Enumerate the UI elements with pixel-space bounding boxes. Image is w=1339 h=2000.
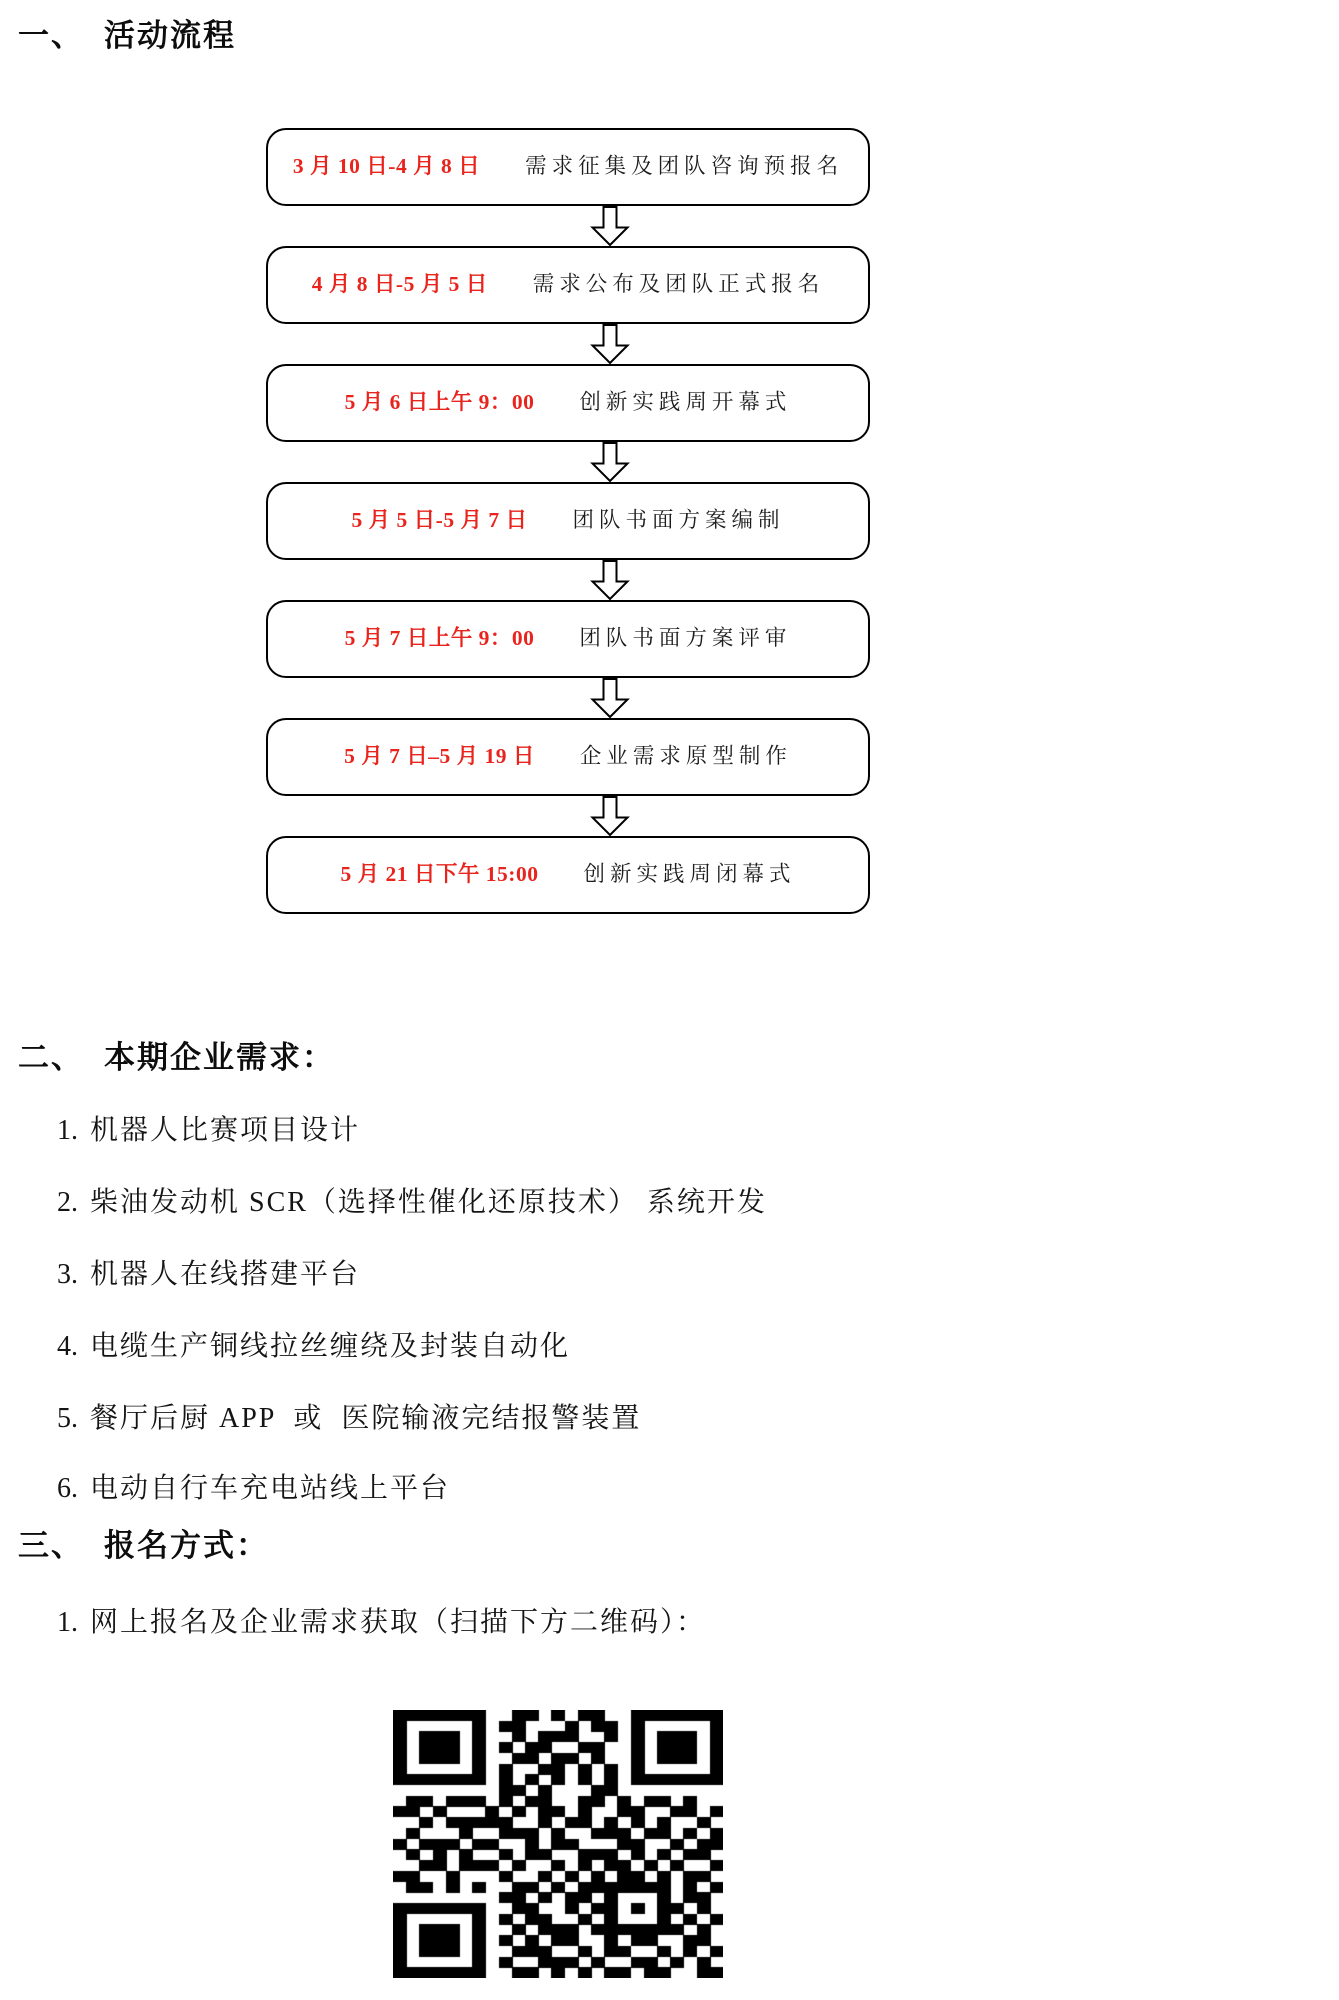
need-item-3-number: 3. <box>57 1259 78 1291</box>
section-2-heading: 二、 本期企业需求： <box>18 1032 335 1077</box>
down-arrow-icon <box>588 442 632 482</box>
section-3-heading: 三、 报名方式： <box>18 1520 269 1565</box>
flow-step-7-date: 5 月 21 日下午 15:00 <box>341 864 539 886</box>
flow-step-5-date: 5 月 7 日上午 9：00 <box>345 628 535 650</box>
need-item-2-text: 柴油发动机 SCR（选择性催化还原技术） 系统开发 <box>90 1180 767 1220</box>
section-3-title: 报名方式： <box>104 1520 269 1565</box>
section-2-title: 本期企业需求： <box>104 1032 335 1077</box>
flow-step-5-label: 团队书面方案评审 <box>579 628 791 650</box>
need-item-3-text: 机器人在线搭建平台 <box>90 1252 360 1292</box>
need-item-5-text: 餐厅后厨 APP 或 医院输液完结报警装置 <box>90 1396 641 1436</box>
need-item-6: 6. 电动自行车充电站线上平台 <box>57 1466 450 1506</box>
flow-step-4-date: 5 月 5 日-5 月 7 日 <box>352 510 528 532</box>
down-arrow-icon <box>588 324 632 364</box>
section-1-title: 活动流程 <box>104 10 236 55</box>
need-item-5-number: 5. <box>57 1403 78 1435</box>
flow-step-5: 5 月 7 日上午 9：00 团队书面方案评审 <box>266 600 870 678</box>
signup-item-1: 1. 网上报名及企业需求获取（扫描下方二维码）： <box>57 1600 706 1640</box>
flow-step-4-label: 团队书面方案编制 <box>572 510 784 532</box>
signup-item-1-text: 网上报名及企业需求获取（扫描下方二维码）： <box>90 1600 706 1640</box>
qr-code <box>393 1710 723 1978</box>
section-1-number: 一、 <box>18 10 84 55</box>
need-item-1: 1. 机器人比赛项目设计 <box>57 1108 360 1148</box>
flow-step-7-label: 创新实践周闭幕式 <box>583 864 795 886</box>
flow-step-2: 4 月 8 日-5 月 5 日 需求公布及团队正式报名 <box>266 246 870 324</box>
need-item-2-number: 2. <box>57 1187 78 1219</box>
down-arrow-icon <box>588 678 632 718</box>
need-item-2: 2. 柴油发动机 SCR（选择性催化还原技术） 系统开发 <box>57 1180 767 1220</box>
section-2-number: 二、 <box>18 1032 84 1077</box>
need-item-4-number: 4. <box>57 1331 78 1363</box>
need-item-1-number: 1. <box>57 1115 78 1147</box>
need-item-5: 5. 餐厅后厨 APP 或 医院输液完结报警装置 <box>57 1396 641 1436</box>
document-page: 一、 活动流程 3 月 10 日-4 月 8 日 需求征集及团队咨询预报名 4 … <box>0 0 1339 2000</box>
flow-step-1: 3 月 10 日-4 月 8 日 需求征集及团队咨询预报名 <box>266 128 870 206</box>
need-item-3: 3. 机器人在线搭建平台 <box>57 1252 360 1292</box>
need-item-6-text: 电动自行车充电站线上平台 <box>90 1466 450 1506</box>
need-item-4: 4. 电缆生产铜线拉丝缠绕及封装自动化 <box>57 1324 570 1364</box>
down-arrow-icon <box>588 796 632 836</box>
flow-step-6-label: 企业需求原型制作 <box>580 746 792 768</box>
flow-step-6-date: 5 月 7 日–5 月 19 日 <box>344 746 535 768</box>
flow-step-3: 5 月 6 日上午 9：00 创新实践周开幕式 <box>266 364 870 442</box>
section-1-heading: 一、 活动流程 <box>18 10 236 55</box>
flow-step-1-label: 需求征集及团队咨询预报名 <box>525 156 843 178</box>
need-item-1-text: 机器人比赛项目设计 <box>90 1108 360 1148</box>
flow-step-4: 5 月 5 日-5 月 7 日 团队书面方案编制 <box>266 482 870 560</box>
section-3-number: 三、 <box>18 1520 84 1565</box>
activity-flowchart: 3 月 10 日-4 月 8 日 需求征集及团队咨询预报名 4 月 8 日-5 … <box>266 128 870 914</box>
flow-step-2-date: 4 月 8 日-5 月 5 日 <box>312 274 488 296</box>
need-item-6-number: 6. <box>57 1473 78 1505</box>
flow-step-7: 5 月 21 日下午 15:00 创新实践周闭幕式 <box>266 836 870 914</box>
down-arrow-icon <box>588 206 632 246</box>
flow-step-2-label: 需求公布及团队正式报名 <box>533 274 825 296</box>
flow-step-1-date: 3 月 10 日-4 月 8 日 <box>293 156 480 178</box>
need-item-4-text: 电缆生产铜线拉丝缠绕及封装自动化 <box>90 1324 570 1364</box>
flow-step-6: 5 月 7 日–5 月 19 日 企业需求原型制作 <box>266 718 870 796</box>
flow-step-3-label: 创新实践周开幕式 <box>579 392 791 414</box>
flow-step-3-date: 5 月 6 日上午 9：00 <box>345 392 535 414</box>
down-arrow-icon <box>588 560 632 600</box>
signup-item-1-number: 1. <box>57 1607 78 1639</box>
